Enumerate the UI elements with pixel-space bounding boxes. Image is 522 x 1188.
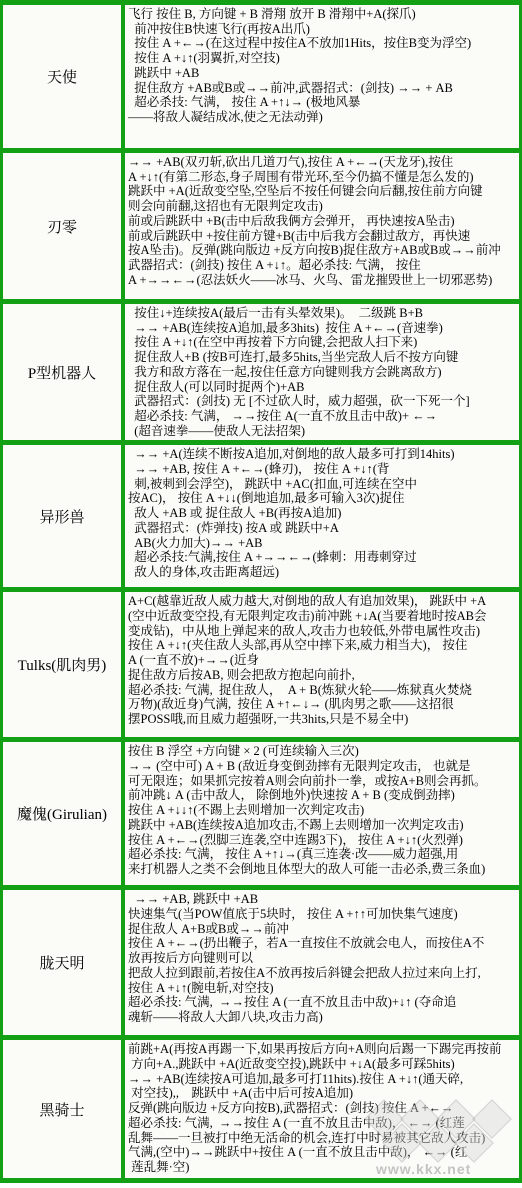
table-row: 魔傀(Girulian)按住 B 浮空 +方向键 × 2 (可连续输入三次) →… [3,742,519,885]
move-list: →→ +AB, 跳跃中 +AB 快速集气(当POW值底于5块时， 按住 A +↑… [125,890,519,1035]
character-name: 胧天明 [3,890,125,1035]
move-list: A+C(越靠近敌人威力越大,对倒地的敌人有追加效果)， 跳跃中 +A (空中近敌… [125,592,519,737]
character-name: 异形兽 [3,445,125,587]
table-row: 刃零→→ +AB(双刃斩,砍出几道刀气),按住 A +←→(天龙牙),按住 A … [3,153,519,299]
table-row: 胧天明 →→ +AB, 跳跃中 +AB 快速集气(当POW值底于5块时， 按住 … [3,890,519,1035]
character-name: 魔傀(Girulian) [3,742,125,885]
move-list: 飞行 按住 B, 方向键 + B 滑翔 放开 B 滑翔中+A(探爪) 前冲按住B… [125,5,519,148]
character-name: P型机器人 [3,304,125,440]
character-name: 刃零 [3,153,125,299]
table-row: 异形兽 →→ +A(连续不断按A追加,对倒地的敌人最多可打到14hits) →→… [3,445,519,587]
table-row: Tulks(肌肉男)A+C(越靠近敌人威力越大,对倒地的敌人有追加效果)， 跳跃… [3,592,519,737]
moves-table: 天使飞行 按住 B, 方向键 + B 滑翔 放开 B 滑翔中+A(探爪) 前冲按… [0,0,522,1183]
character-name: 黑骑士 [3,1040,125,1178]
move-list: →→ +AB(双刃斩,砍出几道刀气),按住 A +←→(天龙牙),按住 A +↓… [125,153,519,299]
character-name: 天使 [3,5,125,148]
table-row: 天使飞行 按住 B, 方向键 + B 滑翔 放开 B 滑翔中+A(探爪) 前冲按… [3,5,519,148]
move-list: 按住 B 浮空 +方向键 × 2 (可连续输入三次) →→ (空中可) A + … [125,742,519,885]
page: 天使飞行 按住 B, 方向键 + B 滑翔 放开 B 滑翔中+A(探爪) 前冲按… [0,0,522,1183]
table-row: 黑骑士前跳+A(再按A再踢一下,如果再按后方向+A则向后踢一下踢完再按前 方向+… [3,1040,519,1178]
move-list: 按住↓+连续按A(最后一击有头晕效果)。 二级跳 B+B →→ +AB(连续按A… [125,304,519,440]
character-name: Tulks(肌肉男) [3,592,125,737]
table-row: P型机器人 按住↓+连续按A(最后一击有头晕效果)。 二级跳 B+B →→ +A… [3,304,519,440]
move-list: →→ +A(连续不断按A追加,对倒地的敌人最多可打到14hits) →→ +AB… [125,445,519,587]
move-list: 前跳+A(再按A再踢一下,如果再按后方向+A则向后踢一下踢完再按前 方向+A.,… [125,1040,519,1178]
